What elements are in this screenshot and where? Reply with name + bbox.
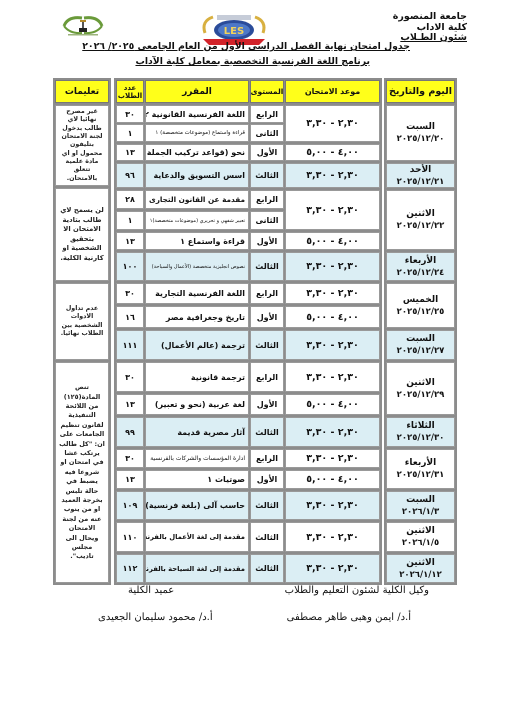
level-cell: الثالث [250, 522, 284, 552]
day-date: ٢٠٢٥/١٢/٢٤ [397, 267, 445, 279]
dean-name: أ.د/ محمود سليمان الجعيدى [98, 612, 213, 623]
course-cell: نصوص انجليزية متخصصة (الأعمال والسياحة) [145, 252, 249, 281]
level-cell: الثالث [250, 252, 284, 281]
day-date: ٢٠٢٦/١/٥ [402, 537, 439, 549]
exam-time-cell: ٢,٣٠ - ٣,٣٠ [285, 190, 380, 230]
day-name: السبت [406, 121, 435, 133]
course-cell: اللغة الفرنسية التجارية [145, 283, 249, 304]
university-name: جامعة المنصورة [393, 12, 467, 23]
exam-time-cell: ٢,٣٠ - ٣,٣٠ [285, 163, 380, 188]
col-header-exam-time: موعد الامتحان [285, 80, 380, 103]
col-header-day-date: اليوم والتاريخ [386, 80, 455, 103]
day-name: الخميس [403, 294, 438, 306]
day-date: ٢٠٢٦/١/١٢ [399, 569, 442, 581]
course-cell: قراءة واستماع (موضوعات متخصصة) ١ [145, 124, 249, 142]
students-count-cell: ١ [116, 211, 144, 230]
students-count-cell: ٣٠ [116, 362, 144, 392]
day-date: ٢٠٢٥/١٢/٣٠ [397, 432, 445, 444]
level-cell: الثانى [250, 124, 284, 142]
students-count-cell: ٢٨ [116, 190, 144, 209]
course-cell: حاسب آلى (بلغة فرنسية) [145, 491, 249, 520]
students-count-cell: ٩٦ [116, 163, 144, 188]
exam-time-cell: ٢,٣٠ - ٣,٣٠ [285, 330, 380, 360]
instruction-note-2: لن يسمح لاي طالب بتادية الامتحان الا بتح… [55, 188, 109, 281]
exam-time-cell: ٢,٣٠ - ٣,٣٠ [285, 491, 380, 520]
course-cell: تعبير شفهي و تحريري (موضوعات متخصصة)١ [145, 211, 249, 230]
level-cell: الأول [250, 470, 284, 489]
day-date: ٢٠٢٥/١٢/٢٢ [397, 220, 445, 232]
students-count-cell: ١١٢ [116, 554, 144, 583]
day-cell: الاثنين٢٠٢٦/١/١٢ [386, 554, 455, 583]
students-count-cell: ١٦ [116, 306, 144, 328]
day-name: الثلاثاء [406, 420, 434, 432]
students-count-cell: ١١٠ [116, 522, 144, 552]
exam-time-cell: ٢,٣٠ - ٣,٣٠ [285, 417, 380, 447]
day-date: ٢٠٢٥/١٢/٢٠ [397, 133, 445, 145]
course-cell: لغة عربية (نحو و تعبير) [145, 394, 249, 415]
students-count-cell: ١ [116, 124, 144, 142]
faculty-logo [58, 14, 108, 38]
exam-time-cell: ٤,٠٠ - ٥,٠٠ [285, 394, 380, 415]
exam-time-cell: ٤,٠٠ - ٥,٠٠ [285, 232, 380, 250]
level-cell: الأول [250, 394, 284, 415]
day-name: السبت [406, 494, 435, 506]
col-header-instructions: تعليمات [55, 80, 109, 103]
day-name: الاثنين [406, 557, 435, 569]
vice-dean-name: أ.د/ ايمن وهبى طاهر مصطفى [287, 612, 411, 623]
level-cell: الأول [250, 232, 284, 250]
document-subtitle: برنامج اللغة الفرنسية التخصصية بمعامل كل… [150, 56, 370, 67]
course-cell: آثار مصرية قديمة [145, 417, 249, 447]
exam-time-cell: ٢,٣٠ - ٣,٣٠ [285, 522, 380, 552]
exam-time-cell: ٤,٠٠ - ٥,٠٠ [285, 144, 380, 161]
course-cell: اللغة الفرنسية القانونية ٢ [145, 105, 249, 123]
day-date: ٢٠٢٥/١٢/٢٧ [397, 345, 445, 357]
day-cell: الأربعاء٢٠٢٥/١٢/٣١ [386, 449, 455, 489]
day-date: ٢٠٢٥/١٢/٢٥ [397, 306, 445, 318]
day-cell: السبت٢٠٢٥/١٢/٢٠ [386, 105, 455, 161]
day-date: ٢٠٢٥/١٢/٢٩ [397, 389, 445, 401]
day-name: الاثنين [406, 208, 435, 220]
exam-time-cell: ٢,٣٠ - ٣,٣٠ [285, 252, 380, 281]
day-cell: الاثنين٢٠٢٥/١٢/٢٢ [386, 190, 455, 250]
col-header-level: المستوى [250, 80, 284, 103]
course-cell: ترجمة قانونية [145, 362, 249, 392]
students-count-cell: ١٣ [116, 470, 144, 489]
day-name: الاثنين [406, 377, 435, 389]
instruction-note-4: تنص المادة(١٢٥) من اللائحة التنفيذية لقا… [55, 362, 109, 583]
course-cell: مقدمة إلى لغة السياحة بالفرنسية [145, 554, 249, 583]
day-cell: الأحد٢٠٢٥/١٢/٢١ [386, 163, 455, 188]
course-cell: اسس التسويق والدعاية [145, 163, 249, 188]
level-cell: الرابع [250, 283, 284, 304]
students-count-cell: ١٠٩ [116, 491, 144, 520]
level-cell: الثالث [250, 491, 284, 520]
course-cell: ادارة المؤسسات والشركات بالفرنسية [145, 449, 249, 468]
course-cell: قراءة واستماع ١ [145, 232, 249, 250]
day-name: الأربعاء [405, 457, 436, 469]
svg-text:LES: LES [224, 26, 244, 37]
level-cell: الرابع [250, 190, 284, 209]
students-count-cell: ١١١ [116, 330, 144, 360]
day-cell: السبت٢٠٢٥/١٢/٢٧ [386, 330, 455, 360]
exam-time-cell: ٤,٠٠ - ٥,٠٠ [285, 306, 380, 328]
course-cell: مقدمة إلى لغة الأعمال بالفرنسية [145, 522, 249, 552]
course-cell: تاريخ وجغرافية مصر [145, 306, 249, 328]
level-cell: الأول [250, 306, 284, 328]
day-name: السبت [406, 333, 435, 345]
level-cell: الرابع [250, 449, 284, 468]
students-count-cell: ٩٩ [116, 417, 144, 447]
col-header-course: المقرر [145, 80, 249, 103]
exam-time-cell: ٢,٣٠ - ٣,٣٠ [285, 362, 380, 392]
exam-time-cell: ٢,٣٠ - ٣,٣٠ [285, 449, 380, 468]
col-header-students-line1: عدد [124, 84, 136, 92]
students-count-cell: ١٣ [116, 394, 144, 415]
day-date: ٢٠٢٦/١/٣ [402, 506, 439, 518]
day-cell: السبت٢٠٢٦/١/٣ [386, 491, 455, 520]
level-cell: الثالث [250, 554, 284, 583]
exam-time-cell: ٢,٣٠ - ٣,٣٠ [285, 283, 380, 304]
day-name: الاثنين [406, 525, 435, 537]
course-cell: ترجمة (عالم الأعمال) [145, 330, 249, 360]
students-count-cell: ١٠٠ [116, 252, 144, 281]
students-count-cell: ١٣ [116, 144, 144, 161]
course-cell: نحو (قواعد تركيب الجملة) 1 [145, 144, 249, 161]
level-cell: الثالث [250, 163, 284, 188]
instruction-note-1: غير مصرح نهائيا لاي طالب بدخول لجنة الام… [55, 105, 109, 186]
day-date: ٢٠٢٥/١٢/٢١ [397, 176, 445, 188]
institution-header: جامعة المنصورة كلية الاداب شئون الطـلاب [393, 12, 467, 44]
level-cell: الرابع [250, 105, 284, 123]
level-cell: الثالث [250, 330, 284, 360]
day-name: الأربعاء [405, 255, 436, 267]
col-header-students: عدد الطلاب [116, 80, 144, 103]
day-date: ٢٠٢٥/١٢/٣١ [397, 469, 445, 481]
exam-time-cell: ٢,٣٠ - ٣,٣٠ [285, 105, 380, 142]
level-cell: الثانى [250, 211, 284, 230]
students-count-cell: ١٣ [116, 232, 144, 250]
day-cell: الثلاثاء٢٠٢٥/١٢/٣٠ [386, 417, 455, 447]
document-title: جدول امتحان نهاية الفصل الدراسى الأول من… [110, 41, 410, 52]
day-cell: الاثنين٢٠٢٥/١٢/٢٩ [386, 362, 455, 415]
course-cell: صوتيات ١ [145, 470, 249, 489]
students-count-cell: ٣٠ [116, 105, 144, 123]
instruction-note-3: عدم تداول الادوات الشخصية بين الطلاب نها… [55, 283, 109, 360]
day-cell: الاثنين٢٠٢٦/١/٥ [386, 522, 455, 552]
students-count-cell: ٣٠ [116, 283, 144, 304]
day-cell: الأربعاء٢٠٢٥/١٢/٢٤ [386, 252, 455, 281]
students-count-cell: ٣٠ [116, 449, 144, 468]
day-name: الأحد [410, 164, 431, 176]
exam-time-cell: ٢,٣٠ - ٣,٣٠ [285, 554, 380, 583]
level-cell: الأول [250, 144, 284, 161]
vice-dean-title: وكيل الكلية لشئون التعليم والطلاب [285, 585, 429, 596]
dean-title: عميد الكلية [128, 585, 174, 596]
level-cell: الثالث [250, 417, 284, 447]
course-cell: مقدمة عن القانون التجارى الدولى [145, 190, 249, 209]
day-cell: الخميس٢٠٢٥/١٢/٢٥ [386, 283, 455, 328]
exam-time-cell: ٤,٠٠ - ٥,٠٠ [285, 470, 380, 489]
level-cell: الرابع [250, 362, 284, 392]
col-header-students-line2: الطلاب [118, 92, 142, 100]
